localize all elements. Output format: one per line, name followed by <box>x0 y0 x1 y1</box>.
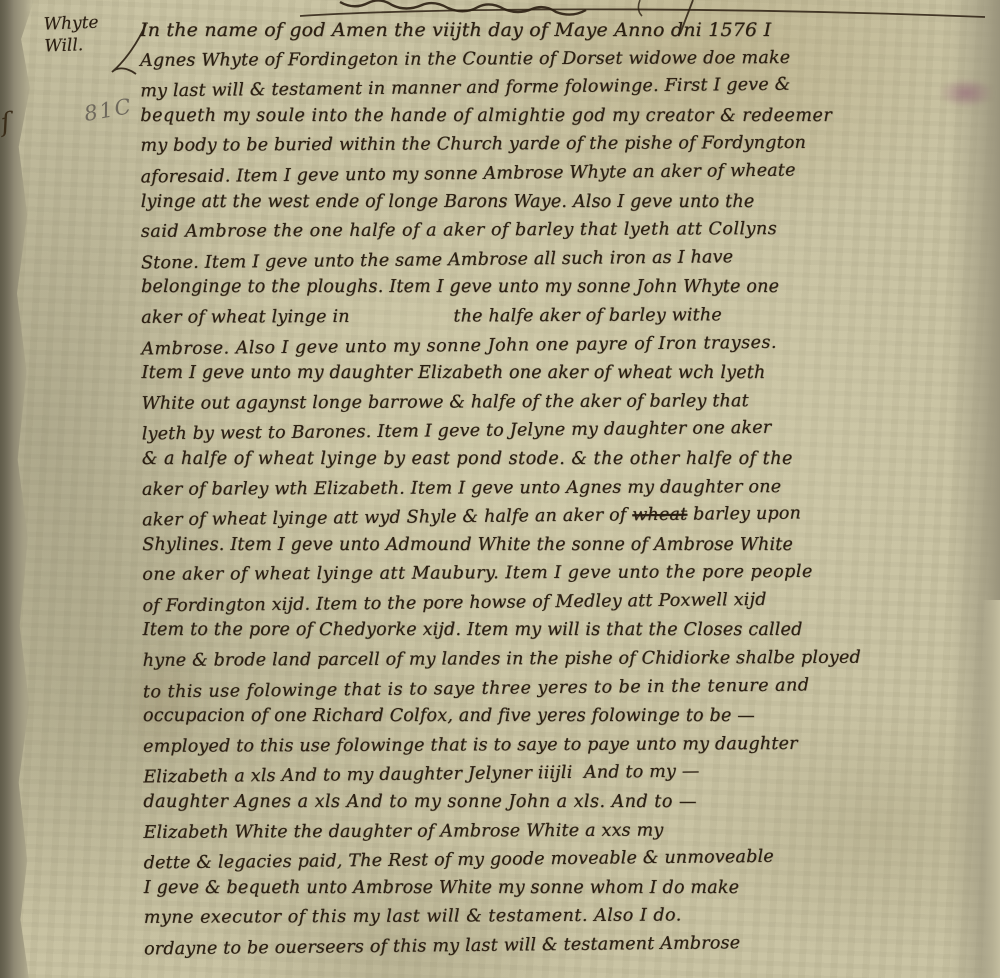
line-text: aker of wheat lyinge att wyd Shyle & hal… <box>142 505 632 530</box>
line-text: In the name of god Amen the viijth day o… <box>140 19 771 41</box>
line-text: my body to be buried within the Church y… <box>140 133 806 156</box>
line-text: daughter Agnes a xls And to my sonne Joh… <box>143 792 697 812</box>
line-text: ordayne to be ouerseers of this my last … <box>144 933 740 959</box>
line-text: Agnes Whyte of Fordingeton in the Counti… <box>140 48 790 71</box>
line-text: Item I geve unto my daughter Elizabeth o… <box>142 363 766 383</box>
line-text: aforesaid. Item I geve unto my sonne Amb… <box>141 161 796 188</box>
will-text: In the name of god Amen the viijth day o… <box>140 14 986 961</box>
line-text: lyeth by west to Barones. Item I geve to… <box>142 418 772 445</box>
manuscript-page: Whyte Will. 81C ſ In the name of god Ame… <box>0 0 1000 978</box>
line-text: aker of barley wth Elizabeth. Item I gev… <box>142 477 781 500</box>
line-text: Ambrose. Also I geve unto my sonne John … <box>141 332 777 359</box>
line-text: of Fordington xijd. Item to the pore how… <box>142 590 766 617</box>
line-text: I geve & bequeth unto Ambrose White my s… <box>144 878 739 898</box>
line-text: barley upon <box>687 504 801 525</box>
line-text: to this use folowinge that is to saye th… <box>143 675 810 702</box>
line-text: lyinge att the west ende of longe Barons… <box>141 192 755 212</box>
manuscript-line: I geve & bequeth unto Ambrose White my s… <box>144 874 986 903</box>
line-text: & a halfe of wheat lyinge by east pond s… <box>142 449 793 469</box>
line-text: White out agaynst longe barrowe & halfe … <box>142 391 749 414</box>
line-text: Elizabeth White the daughter of Ambrose … <box>143 820 663 842</box>
line-text: dette & legacies paid, The Rest of my go… <box>144 847 774 874</box>
line-text: employed to this use folowinge that is t… <box>143 734 798 757</box>
struck-word: wheat <box>632 505 687 526</box>
line-text: Item to the pore of Chedyorke xijd. Item… <box>143 620 803 640</box>
manuscript-line: lyinge att the west ende of longe Barons… <box>141 188 983 217</box>
line-text: Stone. Item I geve unto the same Ambrose… <box>141 247 733 273</box>
manuscript-line: daughter Agnes a xls And to my sonne Joh… <box>143 788 985 817</box>
manuscript-line: & a halfe of wheat lyinge by east pond s… <box>142 445 984 474</box>
line-text: belonginge to the ploughs. Item I geve u… <box>141 277 779 297</box>
line-text: bequeth my soule into the hande of almig… <box>140 106 832 126</box>
left-edge-shadow <box>0 0 14 978</box>
archival-pencil-mark: 81C <box>82 94 134 126</box>
line-text: Shylines. Item I geve unto Admound White… <box>142 535 793 555</box>
line-text: said Ambrose the one halfe of a aker of … <box>141 219 777 242</box>
manuscript-line: Item to the pore of Chedyorke xijd. Item… <box>143 616 985 645</box>
line-text: myne executor of this my last will & tes… <box>144 906 682 928</box>
manuscript-line: bequeth my soule into the hande of almig… <box>140 102 982 131</box>
line-text: one aker of wheat lyinge att Maubury. It… <box>142 562 813 585</box>
manuscript-line: Shylines. Item I geve unto Admound White… <box>142 531 984 560</box>
manuscript-line: belonginge to the ploughs. Item I geve u… <box>141 273 983 302</box>
line-text: aker of wheat lyinge in the halfe aker o… <box>141 305 722 328</box>
manuscript-line: occupacion of one Richard Colfox, and fi… <box>143 702 985 731</box>
manuscript-line: Item I geve unto my daughter Elizabeth o… <box>142 359 984 388</box>
line-text: my last will & testament in manner and f… <box>140 75 790 102</box>
line-text: occupacion of one Richard Colfox, and fi… <box>143 706 755 726</box>
line-text: hyne & brode land parcell of my landes i… <box>143 648 861 671</box>
manuscript-line: In the name of god Amen the viijth day o… <box>140 16 982 45</box>
line-text: Elizabeth a xls And to my daughter Jelyn… <box>143 762 699 788</box>
